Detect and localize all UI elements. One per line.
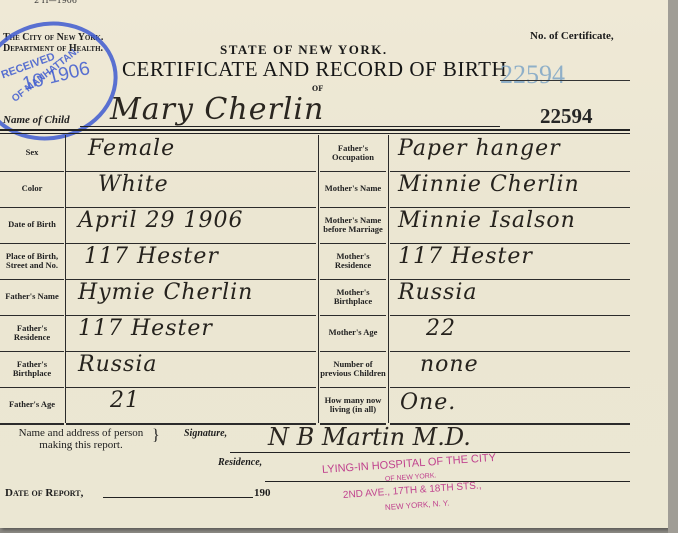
- hospital-stamp-line3: 2ND AVE., 17TH & 18TH STS.,: [343, 480, 482, 501]
- field-value: 117 Hester: [398, 244, 533, 269]
- signature-line: [230, 452, 630, 453]
- brace-icon: }: [152, 427, 160, 445]
- field-value: none: [420, 352, 479, 377]
- form-code: 2 H—1906: [34, 0, 77, 5]
- field-value: Female: [88, 136, 175, 161]
- document-title: CERTIFICATE AND RECORD OF BIRTH: [122, 57, 507, 82]
- field-value: 117 Hester: [84, 244, 219, 269]
- field-label: Date of Birth: [0, 207, 64, 243]
- field-label: Mother's Residence: [320, 243, 386, 279]
- stamped-certificate-number: 22594: [500, 60, 565, 90]
- field-label: Father's Name: [0, 279, 64, 315]
- field-value: Hymie Cherlin: [78, 280, 253, 305]
- residence-label: Residence,: [218, 457, 262, 468]
- field-value: 117 Hester: [78, 316, 213, 341]
- printed-certificate-number: 22594: [540, 104, 593, 129]
- hospital-stamp-line4: NEW YORK, N. Y.: [385, 499, 450, 512]
- reporter-label: Name and address of person making this r…: [6, 427, 156, 451]
- child-name-label: Name of Child: [3, 114, 70, 126]
- center-divider-left: [318, 135, 319, 423]
- signature-label: Signature,: [184, 428, 227, 439]
- table-top-rule-inner: [0, 133, 630, 134]
- field-label: Father's Birthplace: [0, 351, 64, 387]
- field-label: Sex: [0, 135, 64, 171]
- field-label: Number of previous Children: [320, 351, 386, 387]
- center-divider-right: [388, 135, 389, 423]
- child-name-line: [80, 126, 500, 127]
- certificate-number-line: [500, 80, 630, 81]
- field-label: How many now living (in all): [320, 387, 386, 423]
- field-label: Mother's Birthplace: [320, 279, 386, 315]
- field-label: Color: [0, 171, 64, 207]
- field-value: Russia: [78, 352, 157, 377]
- child-name-value: Mary Cherlin: [110, 92, 324, 127]
- field-value: Paper hanger: [398, 136, 561, 161]
- date-of-report-line: [103, 497, 253, 498]
- field-value: One.: [400, 390, 456, 415]
- birth-certificate: 2 H—1906 The City of New York. Departmen…: [0, 0, 668, 528]
- field-value: Russia: [398, 280, 477, 305]
- field-value: Minnie Cherlin: [398, 172, 580, 197]
- signature-value: N B Martin M.D.: [268, 423, 471, 451]
- certificate-number-label: No. of Certificate,: [530, 30, 614, 42]
- year-prefix: 190: [254, 487, 271, 499]
- field-value: 22: [426, 316, 456, 341]
- field-label: Mother's Age: [320, 315, 386, 351]
- page-edge-shadow: [668, 0, 678, 533]
- field-label: Father's Residence: [0, 315, 64, 351]
- table-top-rule: [0, 129, 630, 131]
- field-value: White: [98, 172, 169, 197]
- field-value: Minnie Isalson: [398, 208, 576, 233]
- state-title: STATE OF NEW YORK.: [220, 42, 388, 58]
- field-label: Mother's Name before Marriage: [320, 207, 386, 243]
- field-label: Father's Occupation: [320, 135, 386, 171]
- field-value: 21: [110, 388, 140, 413]
- date-of-report-label: Date of Report,: [5, 487, 83, 499]
- field-label: Father's Age: [0, 387, 64, 423]
- field-label: Place of Birth, Street and No.: [0, 243, 64, 279]
- field-value: April 29 1906: [78, 208, 244, 233]
- field-label: Mother's Name: [320, 171, 386, 207]
- hospital-stamp-line1: LYING-IN HOSPITAL OF THE CITY: [322, 452, 497, 476]
